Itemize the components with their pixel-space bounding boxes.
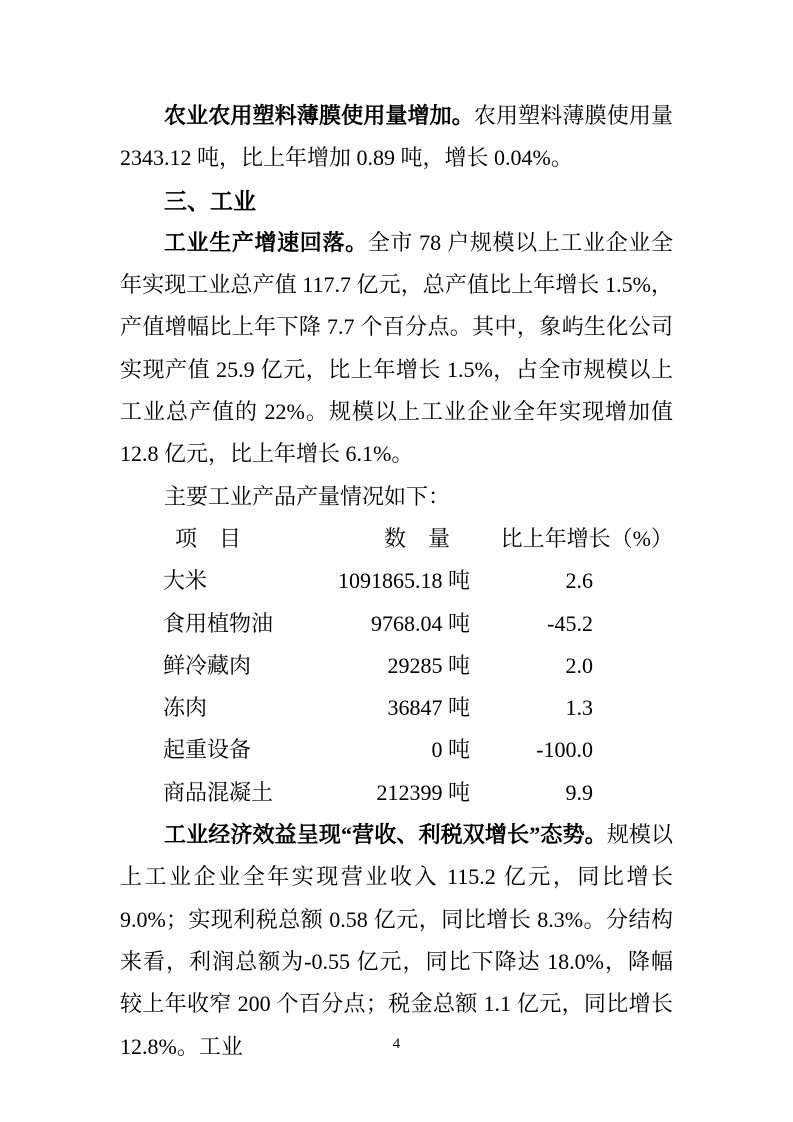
table-header-row: 项 目 数 量 比上年增长（%） <box>120 518 673 560</box>
paragraph-industrial-production-body: 全市 78 户规模以上工业企业全年实现工业总产值 117.7 亿元，总产值比上年… <box>120 230 673 466</box>
table-row: 大米 1091865.18 吨 2.6 <box>120 560 673 602</box>
paragraph-agricultural-film-lead: 农业农用塑料薄膜使用量增加。 <box>164 103 474 128</box>
table-cell-quantity: 212399 吨 <box>325 772 470 814</box>
table-cell-item: 冻肉 <box>120 687 325 729</box>
table-row: 鲜冷藏肉 29285 吨 2.0 <box>120 645 673 687</box>
table-cell-growth: 2.6 <box>470 560 673 602</box>
table-cell-growth: 9.9 <box>470 772 673 814</box>
page-content: 农业农用塑料薄膜使用量增加。农用塑料薄膜使用量 2343.12 吨，比上年增加 … <box>120 95 673 1068</box>
table-cell-item: 起重设备 <box>120 729 325 771</box>
table-cell-quantity: 1091865.18 吨 <box>325 560 470 602</box>
industrial-products-table: 项 目 数 量 比上年增长（%） 大米 1091865.18 吨 2.6 食用植… <box>120 518 673 814</box>
paragraph-industrial-benefit: 工业经济效益呈现“营收、利税双增长”态势。规模以上工业企业全年实现营业收入 11… <box>120 814 673 1068</box>
paragraph-table-intro: 主要工业产品产量情况如下： <box>120 476 673 518</box>
table-cell-growth: 1.3 <box>470 687 673 729</box>
table-cell-growth: -45.2 <box>470 603 673 645</box>
table-cell-growth: 2.0 <box>470 645 673 687</box>
table-header-item: 项 目 <box>120 518 325 560</box>
table-cell-quantity: 36847 吨 <box>325 687 470 729</box>
paragraph-agricultural-film: 农业农用塑料薄膜使用量增加。农用塑料薄膜使用量 2343.12 吨，比上年增加 … <box>120 95 673 180</box>
table-cell-quantity: 0 吨 <box>325 729 470 771</box>
table-header-growth: 比上年增长（%） <box>470 518 673 560</box>
table-cell-item: 商品混凝土 <box>120 772 325 814</box>
table-cell-quantity: 9768.04 吨 <box>325 603 470 645</box>
paragraph-industrial-production-lead: 工业生产增速回落。 <box>164 230 368 255</box>
document-page: 农业农用塑料薄膜使用量增加。农用塑料薄膜使用量 2343.12 吨，比上年增加 … <box>0 0 793 1122</box>
paragraph-industrial-benefit-body: 规模以上工业企业全年实现营业收入 115.2 亿元，同比增长 9.0%；实现利税… <box>120 822 673 1058</box>
paragraph-industrial-production: 工业生产增速回落。全市 78 户规模以上工业企业全年实现工业总产值 117.7 … <box>120 222 673 476</box>
section-heading-industry: 三、工业 <box>120 180 673 222</box>
table-row: 起重设备 0 吨 -100.0 <box>120 729 673 771</box>
table-cell-growth: -100.0 <box>470 729 673 771</box>
page-number: 4 <box>393 1036 401 1052</box>
table-cell-item: 食用植物油 <box>120 603 325 645</box>
table-cell-item: 鲜冷藏肉 <box>120 645 325 687</box>
table-row: 食用植物油 9768.04 吨 -45.2 <box>120 603 673 645</box>
page-footer: 4 <box>0 1034 793 1054</box>
table-cell-quantity: 29285 吨 <box>325 645 470 687</box>
table-row: 冻肉 36847 吨 1.3 <box>120 687 673 729</box>
paragraph-industrial-benefit-lead: 工业经济效益呈现“营收、利税双增长”态势。 <box>164 822 607 847</box>
table-header-quantity: 数 量 <box>325 518 470 560</box>
table-row: 商品混凝土 212399 吨 9.9 <box>120 772 673 814</box>
table-cell-item: 大米 <box>120 560 325 602</box>
